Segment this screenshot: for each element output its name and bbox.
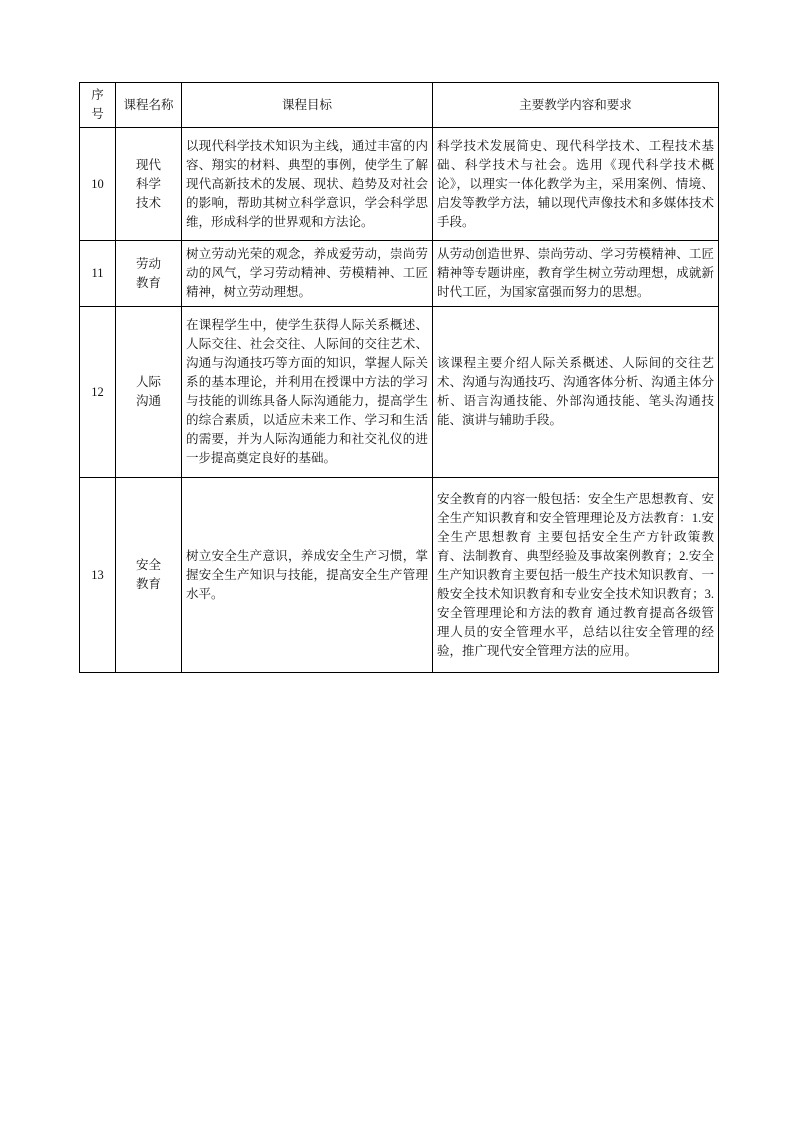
header-col-course-objective: 课程目标 bbox=[182, 83, 433, 128]
header-col-no: 序 号 bbox=[80, 83, 116, 128]
row-10-teaching-content: 科学技术发展简史、现代科学技术、工程技术基础、科学技术与社会。选用《现代科学技术… bbox=[433, 128, 719, 241]
table-row: 10 现代 科学 技术 以现代科学技术知识为主线，通过丰富的内容、翔实的材料、典… bbox=[80, 128, 719, 241]
row-13-number: 13 bbox=[80, 478, 116, 673]
table-row: 11 劳动 教育 树立劳动光荣的观念，养成爱劳动，崇尚劳动的风气，学习劳动精神、… bbox=[80, 241, 719, 307]
document-page: 序 号 课程名称 课程目标 主要教学内容和要求 10 现代 科学 技术 以现代科… bbox=[0, 0, 793, 1122]
row-10-number: 10 bbox=[80, 128, 116, 241]
row-10-course-objective: 以现代科学技术知识为主线，通过丰富的内容、翔实的材料、典型的事例，使学生了解现代… bbox=[182, 128, 433, 241]
row-11-course-name: 劳动 教育 bbox=[116, 241, 182, 307]
row-12-number: 12 bbox=[80, 307, 116, 478]
row-12-teaching-content: 该课程主要介绍人际关系概述、人际间的交往艺术、沟通与沟通技巧、沟通客体分析、沟通… bbox=[433, 307, 719, 478]
row-11-course-objective: 树立劳动光荣的观念，养成爱劳动，崇尚劳动的风气，学习劳动精神、劳模精神、工匠精神… bbox=[182, 241, 433, 307]
row-11-number: 11 bbox=[80, 241, 116, 307]
table-row: 13 安全 教育 树立安全生产意识，养成安全生产习惯，掌握安全生产知识与技能，提… bbox=[80, 478, 719, 673]
row-10-course-name: 现代 科学 技术 bbox=[116, 128, 182, 241]
header-col-teaching-content: 主要教学内容和要求 bbox=[433, 83, 719, 128]
row-12-course-name: 人际 沟通 bbox=[116, 307, 182, 478]
row-13-course-name: 安全 教育 bbox=[116, 478, 182, 673]
row-11-teaching-content: 从劳动创造世界、崇尚劳动、学习劳模精神、工匠精神等专题讲座，教育学生树立劳动理想… bbox=[433, 241, 719, 307]
course-table: 序 号 课程名称 课程目标 主要教学内容和要求 10 现代 科学 技术 以现代科… bbox=[79, 82, 719, 673]
row-13-course-objective: 树立安全生产意识，养成安全生产习惯，掌握安全生产知识与技能，提高安全生产管理水平… bbox=[182, 478, 433, 673]
row-13-teaching-content: 安全教育的内容一般包括：安全生产思想教育、安全生产知识教育和安全管理理论及方法教… bbox=[433, 478, 719, 673]
header-col-course-name: 课程名称 bbox=[116, 83, 182, 128]
row-12-course-objective: 在课程学生中，使学生获得人际关系概述、人际交往、社会交往、人际间的交往艺术、沟通… bbox=[182, 307, 433, 478]
table-row: 12 人际 沟通 在课程学生中，使学生获得人际关系概述、人际交往、社会交往、人际… bbox=[80, 307, 719, 478]
table-header-row: 序 号 课程名称 课程目标 主要教学内容和要求 bbox=[80, 83, 719, 128]
